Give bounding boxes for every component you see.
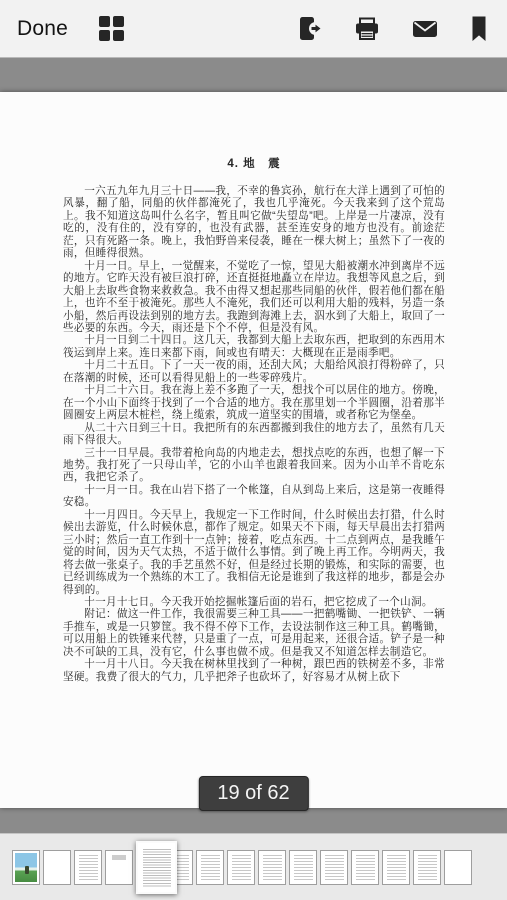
- document-paragraph: 十一月四日。今天早上，我规定一下工作时间，什么时候出去打猎，什么时候出去游览，什…: [63, 509, 445, 596]
- page-thumbnail[interactable]: [444, 850, 472, 885]
- thumbnails-grid-button[interactable]: [99, 16, 124, 41]
- thumbnail-text-lines: [356, 855, 375, 880]
- bookmark-icon: [471, 16, 487, 42]
- document-paragraph: 从二十六日到三十日。我把所有的东西都搬到我住的地方去了，虽然有几天雨下得很大。: [63, 422, 445, 447]
- document-paragraph: 十一月一日。我在山岩下搭了一个帐篷，自从到岛上来后，这是第一夜睡得安稳。: [63, 484, 445, 509]
- page-thumbnail[interactable]: [74, 850, 102, 885]
- print-button[interactable]: [355, 17, 379, 41]
- page-thumbnail[interactable]: [43, 850, 71, 885]
- document-paragraph: 十一月十八日。今天我在树林里找到了一种树，跟巴西的铁树差不多，非常坚硬。我费了很…: [63, 658, 445, 683]
- cover-art: [15, 853, 37, 882]
- page-title: 4. 地 震: [63, 155, 445, 171]
- thumbnail-text-lines: [263, 855, 282, 880]
- mail-icon: [412, 20, 438, 38]
- page-thumbnail[interactable]: [227, 850, 255, 885]
- document-paragraph: 十月二十六日。我在海上差不多跑了一天，想找个可以居住的地方。傍晚，在一个小山下面…: [63, 384, 445, 421]
- page-thumbnail[interactable]: [351, 850, 379, 885]
- thumbnail-text-lines: [232, 855, 251, 880]
- export-document-icon: [299, 16, 322, 42]
- document-paragraph: 十月一日到二十四日。这几天，我都到大船上去取东西，把取到的东西用木筏运到岸上来。…: [63, 334, 445, 359]
- export-button[interactable]: [299, 16, 322, 42]
- mail-button[interactable]: [412, 20, 438, 38]
- thumbnail-text-lines: [79, 855, 98, 880]
- page-thumbnail[interactable]: [289, 850, 317, 885]
- thumbnail-text-lines: [387, 855, 406, 880]
- page-thumbnail[interactable]: [105, 850, 133, 885]
- done-button[interactable]: Done: [13, 15, 72, 43]
- document-paragraph: 十月一日。早上，一觉醒来，不觉吃了一惊，望见大船被潮水冲到离岸不远的地方。它昨天…: [63, 260, 445, 335]
- document-body: 一六五九年九月三十日——我，不幸的鲁宾孙，航行在大洋上遇到了可怕的风暴，翻了船，…: [63, 185, 445, 683]
- page-thumbnail-current[interactable]: [136, 841, 177, 894]
- thumbnail-strip[interactable]: [0, 833, 507, 900]
- print-icon: [355, 17, 379, 41]
- document-paragraph: 三十一日早晨。我带着枪向岛的内地走去，想找点吃的东西，也想了解一下地势。我打死了…: [63, 447, 445, 484]
- bookmark-button[interactable]: [471, 16, 487, 42]
- toolbar: Done: [0, 0, 507, 58]
- thumbnail-text-lines: [201, 855, 220, 880]
- page-content: 4. 地 震 一六五九年九月三十日——我，不幸的鲁宾孙，航行在大洋上遇到了可怕的…: [0, 92, 507, 683]
- page-thumbnail[interactable]: [320, 850, 348, 885]
- page-indicator: 19 of 62: [198, 776, 308, 811]
- thumbnails-grid-icon: [99, 16, 124, 41]
- document-page[interactable]: 4. 地 震 一六五九年九月三十日——我，不幸的鲁宾孙，航行在大洋上遇到了可怕的…: [0, 92, 507, 808]
- page-thumbnail[interactable]: [382, 850, 410, 885]
- document-paragraph: 十月二十五日。下了一天一夜的雨，还刮大风；大船给风浪打得粉碎了，只在落潮的时候，…: [63, 359, 445, 384]
- document-paragraph: 十一月十七日。今天我开始挖掘帐篷后面的岩石，把它挖成了一个山洞。: [63, 596, 445, 608]
- page-thumbnail[interactable]: [413, 850, 441, 885]
- thumbnail-text-lines: [325, 855, 344, 880]
- page-thumbnail[interactable]: [258, 850, 286, 885]
- thumbnail-text-lines: [294, 855, 313, 880]
- document-paragraph: 附记：做这一件工作，我很需要三种工具——一把鹤嘴锄、一把铁铲、一辆手推车，或是一…: [63, 608, 445, 658]
- page-thumbnail[interactable]: [196, 850, 224, 885]
- document-paragraph: 一六五九年九月三十日——我，不幸的鲁宾孙，航行在大洋上遇到了可怕的风暴，翻了船，…: [63, 185, 445, 260]
- document-viewer: 4. 地 震 一六五九年九月三十日——我，不幸的鲁宾孙，航行在大洋上遇到了可怕的…: [0, 58, 507, 833]
- thumbnail-text-lines: [143, 849, 171, 887]
- thumbnail-text-lines: [418, 855, 437, 880]
- page-thumbnail[interactable]: [12, 850, 40, 885]
